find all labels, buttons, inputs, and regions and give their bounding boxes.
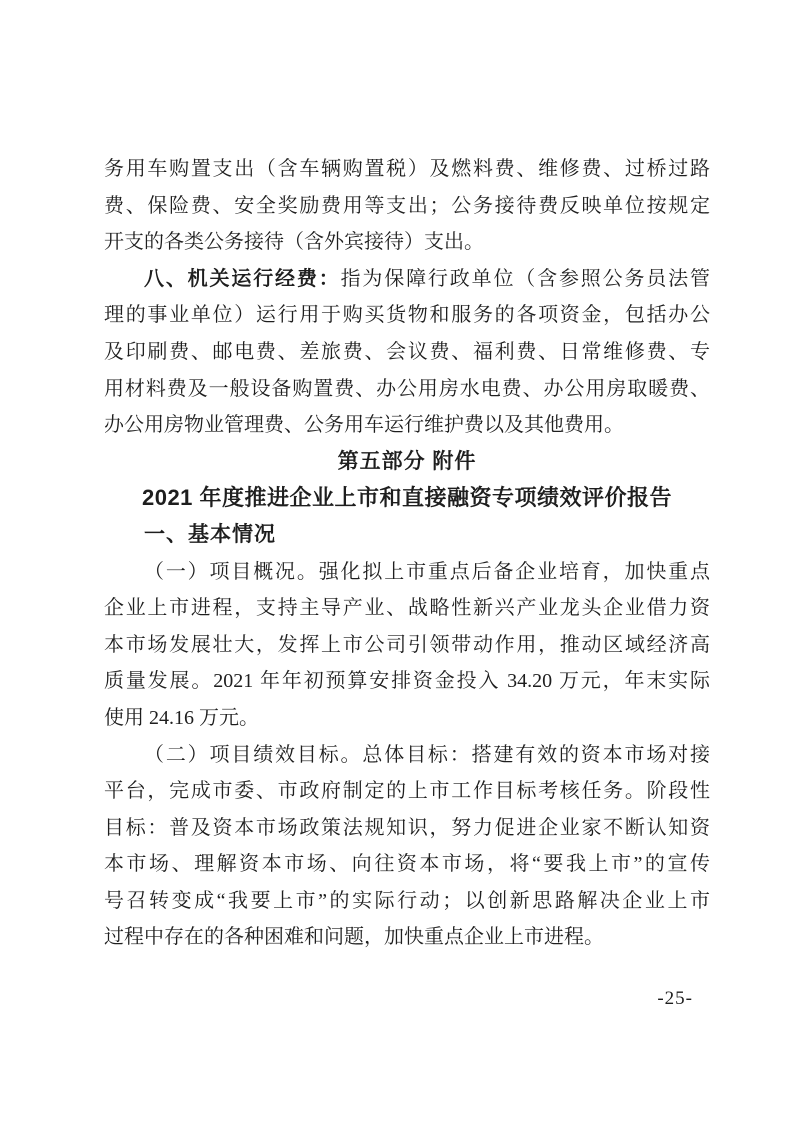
body-line: 目标：普及资本市场政策法规知识，努力促进企业家不断认知资	[104, 810, 710, 847]
document-text-block: 务用车购置支出（含车辆购置税）及燃料费、维修费、过桥过路 费、保险费、安全奖励费…	[104, 151, 710, 956]
body-line: 平台，完成市委、市政府制定的上市工作目标考核任务。阶段性	[104, 773, 710, 810]
body-line: 企业上市进程，支持主导产业、战略性新兴产业龙头企业借力资	[104, 590, 710, 627]
body-line: 使用 24.16 万元。	[104, 700, 710, 737]
section-heading-part-five-attachment: 第五部分 附件	[104, 444, 710, 481]
body-line: 号召转变成“我要上市”的实际行动；以创新思路解决企业上市	[104, 883, 710, 920]
body-line: （一）项目概况。强化拟上市重点后备企业培育，加快重点	[104, 554, 710, 591]
body-line: 本市场发展壮大，发挥上市公司引领带动作用，推动区域经济高	[104, 627, 710, 664]
inline-heading-org-operating-expenses: 八、机关运行经费：	[144, 268, 341, 290]
body-line: 费、保险费、安全奖励费用等支出；公务接待费反映单位按规定	[104, 188, 710, 225]
document-page: 务用车购置支出（含车辆购置税）及燃料费、维修费、过桥过路 费、保险费、安全奖励费…	[0, 0, 793, 1122]
body-line: 用材料费及一般设备购置费、办公用房水电费、办公用房取暖费、	[104, 371, 710, 408]
body-line: 本市场、理解资本市场、向往资本市场，将“要我上市”的宣传	[104, 846, 710, 883]
body-line-text: 指为保障行政单位（含参照公务员法管	[341, 268, 710, 290]
body-line: 务用车购置支出（含车辆购置税）及燃料费、维修费、过桥过路	[104, 151, 710, 188]
heading-basic-information: 一、基本情况	[104, 517, 710, 554]
body-line: （二）项目绩效目标。总体目标：搭建有效的资本市场对接	[104, 737, 710, 774]
page-number: -25-	[657, 988, 693, 1010]
body-line: 及印刷费、邮电费、差旅费、会议费、福利费、日常维修费、专	[104, 334, 710, 371]
body-line: 开支的各类公务接待（含外宾接待）支出。	[104, 224, 710, 261]
body-line: 理的事业单位）运行用于购买货物和服务的各项资金，包括办公	[104, 297, 710, 334]
body-line: 质量发展。2021 年年初预算安排资金投入 34.20 万元，年末实际	[104, 663, 710, 700]
body-line: 过程中存在的各种困难和问题，加快重点企业上市进程。	[104, 919, 710, 956]
body-line: 办公用房物业管理费、公务用车运行维护费以及其他费用。	[104, 407, 710, 444]
body-line-with-heading: 八、机关运行经费：指为保障行政单位（含参照公务员法管	[104, 261, 710, 298]
report-title: 2021 年度推进企业上市和直接融资专项绩效评价报告	[104, 480, 710, 517]
